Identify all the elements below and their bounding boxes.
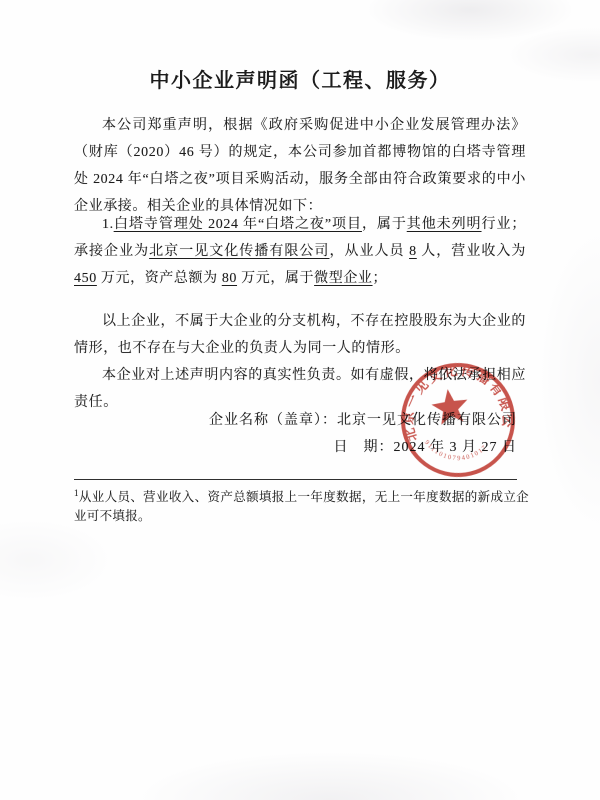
seal-star-icon (430, 387, 471, 426)
item-text-5: 万元，资产总额为 (97, 271, 222, 286)
document-title: 中小企业声明函（工程、服务） (0, 64, 600, 93)
company-name-underlined: 北京一见文化传播有限公司 (149, 244, 329, 259)
footnote-text: 从业人员、营业收入、资产总额填报上一年度数据，无上一年度数据的新成立企业可不填报… (74, 490, 529, 523)
item-text-4: 人，营业收入为 (417, 244, 526, 259)
paragraph-item-1: 1.白塔寺管理处 2024 年“白塔之夜”项目，属于其他未列明行业；承接企业为北… (74, 211, 526, 292)
document-page: 中小企业声明函（工程、服务） 本公司郑重声明，根据《政府采购促进中小企业发展管理… (0, 0, 600, 800)
footnote: 1从业人员、营业收入、资产总额填报上一年度数据，无上一年度数据的新成立企业可不填… (74, 484, 529, 526)
item-text-7: ； (373, 271, 388, 286)
project-name-underlined: 白塔寺管理处 2024 年“白塔之夜”项目 (114, 217, 362, 232)
revenue-underlined: 450 (74, 271, 97, 286)
not-subsidiary-text: 以上企业，不属于大企业的分支机构，不存在控股股东为大企业的情形，也不存在与大企业… (74, 314, 526, 356)
company-seal-stamp: 北京一见文化传播有限公司 911101079401017 (388, 350, 528, 490)
item-text-3: ，从业人员 (329, 244, 409, 259)
paragraph-declaration: 本公司郑重声明，根据《政府采购促进中小企业发展管理办法》（财库（2020）46 … (74, 112, 526, 220)
paragraph-not-subsidiary: 以上企业，不属于大企业的分支机构，不存在控股股东为大企业的情形，也不存在与大企业… (74, 308, 526, 362)
item-text-6: 万元，属于 (237, 271, 314, 286)
enterprise-type-underlined: 微型企业 (314, 271, 372, 286)
item-text-1: ，属于 (362, 217, 407, 232)
industry-underlined: 其他未列明 (407, 217, 482, 232)
declaration-text: 本公司郑重声明，根据《政府采购促进中小企业发展管理办法》（财库（2020）46 … (74, 118, 526, 214)
seal-code-arc-text: 911101079401017 (422, 431, 490, 467)
assets-underlined: 80 (222, 271, 237, 286)
employee-count-underlined: 8 (409, 244, 417, 259)
item-number: 1. (102, 217, 114, 232)
